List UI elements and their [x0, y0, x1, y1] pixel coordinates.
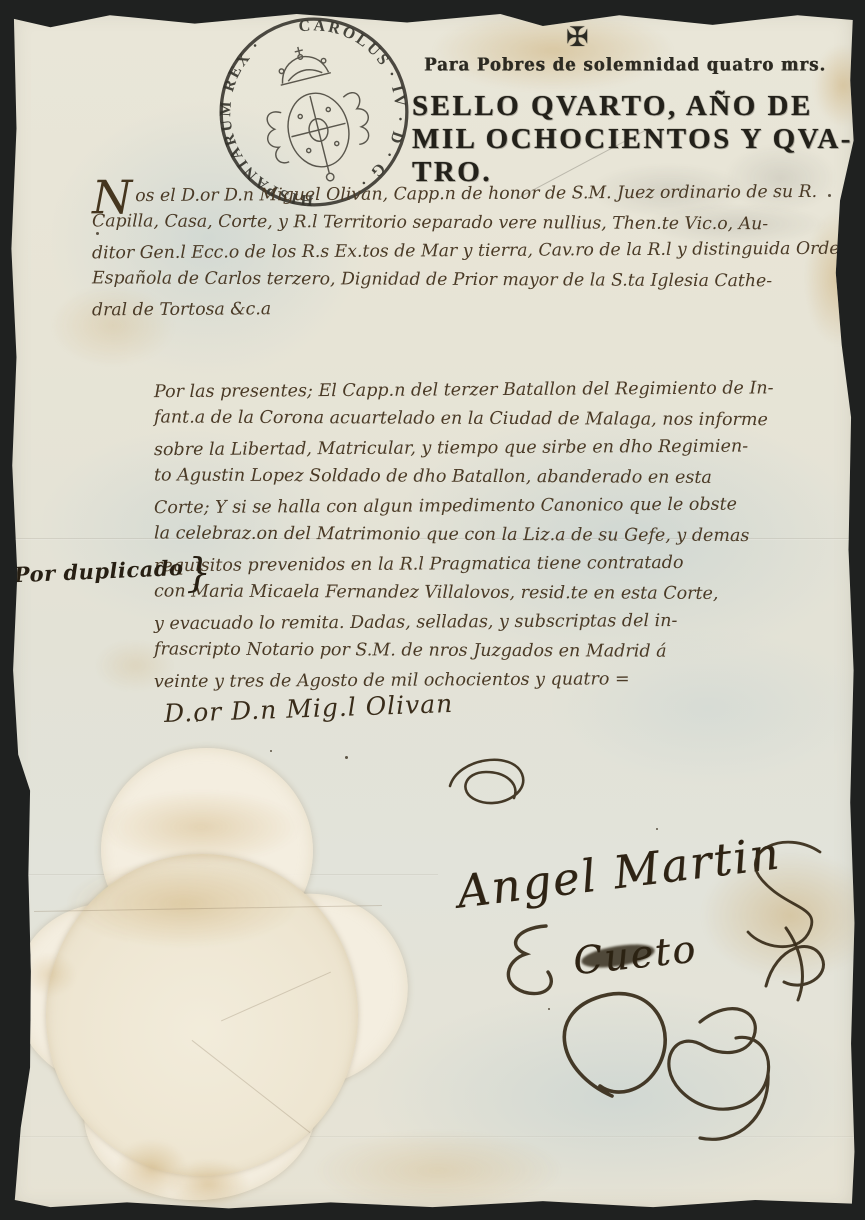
signature-flourishes	[428, 734, 865, 1184]
large-s-loop	[669, 1009, 769, 1140]
manuscript-line: la celebraz.on del Matrimonio que con la…	[154, 523, 860, 555]
petition-paragraph: Por las presentes; El Capp.n del terzer …	[154, 380, 860, 699]
manuscript-line: con Maria Micaela Fernandez Villalovos, …	[154, 581, 860, 613]
tax-class-line: Para Pobres de solemnidad quatro mrs.	[424, 54, 826, 74]
manuscript-line: requisitos prevenidos en la R.l Pragmati…	[154, 552, 860, 585]
sello-line: MIL OCHOCIENTOS Y QVA-	[412, 123, 853, 156]
stamp-coat-of-arms	[248, 34, 381, 193]
sello-quarto-heading: SELLO QVARTO, AÑO DE MIL OCHOCIENTOS Y Q…	[412, 90, 853, 189]
document-page: CAROLUS · IV · D · G · HISPANIARUM REX ·	[8, 8, 857, 1212]
manuscript-line: sobre la Libertad, Matricular, y tiempo …	[154, 436, 860, 469]
manuscript-line: fant.a de la Corona acuartelado en la Ci…	[154, 407, 860, 439]
manuscript-line: Española de Carlos terzero, Dignidad de …	[92, 268, 858, 300]
screenshot-root: { "colors":{"background":"#1f2120","pape…	[0, 0, 865, 1220]
sello-line: SELLO QVARTO, AÑO DE	[412, 90, 853, 123]
manuscript-line: Por las presentes; El Capp.n del terzer …	[154, 378, 860, 411]
manuscript-line: to Agustin Lopez Soldado de dho Batallon…	[154, 465, 860, 497]
manuscript-line: Corte; Y si se halla con algun impedimen…	[154, 494, 860, 527]
cueto-flourish	[766, 928, 823, 1000]
stamp-legend-right: CAROLUS · IV · D · G ·	[296, 0, 428, 198]
printed-cross-icon: ✠	[566, 22, 589, 53]
manuscript-line: y evacuado lo remita. Dadas, selladas, y…	[154, 610, 860, 643]
embossed-wafer-seal	[26, 756, 391, 1208]
martin-flourish	[748, 842, 820, 947]
manuscript-line: Capilla, Casa, Corte, y R.l Territorio s…	[92, 211, 858, 243]
three-shaped-flourish	[508, 926, 551, 994]
svg-text:CAROLUS · IV · D · G ·: CAROLUS · IV · D · G ·	[296, 0, 428, 198]
wafer-center	[46, 854, 358, 1176]
margin-note-label: Por duplicado	[13, 555, 184, 587]
large-o-loop	[564, 994, 665, 1096]
foxing-stain	[428, 8, 678, 93]
manuscript-line-text: os el D.or D.n Miguel Olivan, Capp.n de …	[135, 182, 817, 206]
margin-note-brace: }	[185, 550, 213, 597]
manuscript-line: ditor Gen.l Ecc.o de los R.s Ex.tos de M…	[92, 239, 858, 272]
margin-note-por-duplicado: Por duplicado}	[13, 550, 213, 605]
opening-paragraph: Nos el D.or D.n Miguel Olivan, Capp.n de…	[92, 184, 858, 327]
manuscript-line: frascripto Notario por S.M. de nros Juzg…	[154, 639, 860, 671]
manuscript-line: dral de Tortosa &c.a	[92, 296, 858, 329]
manuscript-line: Nos el D.or D.n Miguel Olivan, Capp.n de…	[92, 182, 858, 215]
olivan-rubric	[450, 760, 523, 803]
